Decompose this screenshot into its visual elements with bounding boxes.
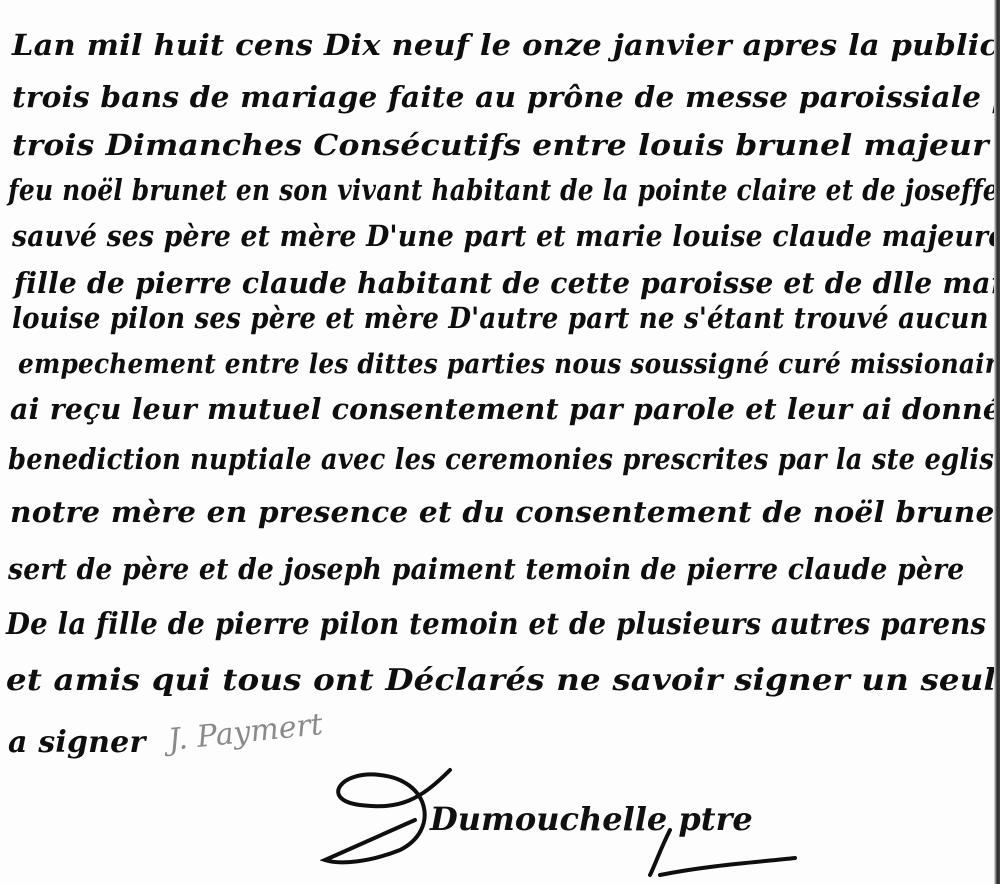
text-line-15: a signer — [8, 725, 145, 760]
text-line-4: feu noël brunet en son vivant habitant d… — [8, 173, 999, 207]
text-line-3: trois Dimanches Consécutifs entre louis … — [12, 128, 1000, 162]
text-line-9: ai reçu leur mutuel consentement par par… — [10, 392, 1000, 426]
text-line-12: sert de père et de joseph paiment temoin… — [8, 552, 964, 586]
document-page: Lan mil huit cens Dix neuf le onze janvi… — [0, 0, 1000, 884]
text-line-13: De la fille de pierre pilon temoin et de… — [6, 607, 986, 642]
text-line-11: notre mère en presence et du consentemen… — [10, 495, 1000, 529]
text-line-1: Lan mil huit cens Dix neuf le onze janvi… — [12, 28, 1000, 62]
text-line-6: fille de pierre claude habitant de cette… — [14, 266, 1000, 300]
signature-underline-icon — [640, 820, 800, 880]
text-line-5: sauvé ses père et mère D'une part et mar… — [12, 219, 1000, 253]
page-edge — [994, 0, 1000, 884]
text-line-2: trois bans de mariage faite au prône de … — [12, 80, 1000, 114]
text-line-10: benediction nuptiale avec les ceremonies… — [8, 442, 1000, 476]
text-line-7: louise pilon ses père et mère D'autre pa… — [12, 301, 989, 335]
text-line-8: empechement entre les dittes parties nou… — [18, 349, 1000, 380]
text-line-14: et amis qui tous ont Déclarés ne savoir … — [6, 663, 996, 698]
witness-signature: J. Paymert — [167, 707, 325, 758]
